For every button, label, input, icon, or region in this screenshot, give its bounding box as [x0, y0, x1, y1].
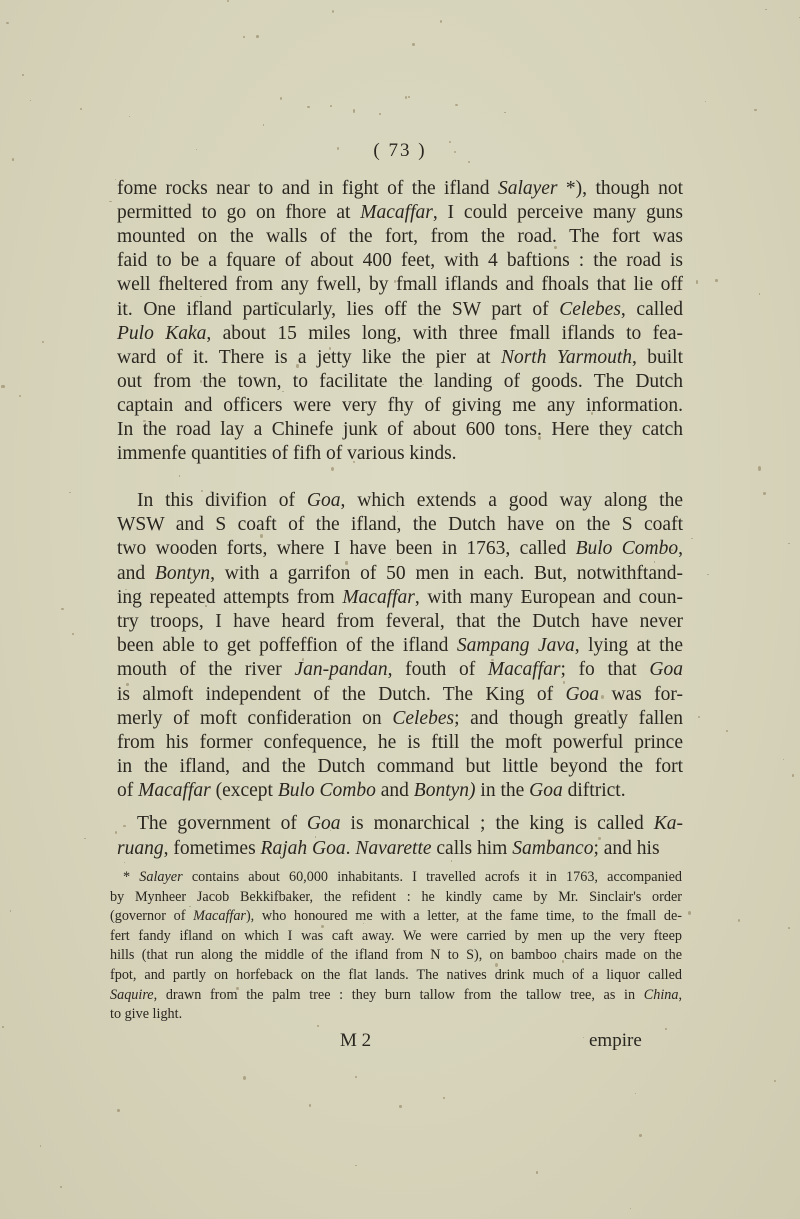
text-line: try troops, I have heard from feveral, t… — [117, 610, 683, 634]
italic-term: Rajah Goa — [261, 838, 346, 859]
text-line: of Macaffar (except Bulo Combo and Bonty… — [117, 779, 683, 803]
signature-mark: M 2 — [340, 1030, 371, 1052]
italic-term: Goa — [307, 813, 341, 834]
text-line: In the road lay a Chinefe junk of about … — [117, 418, 683, 442]
text-line: The government of Goa is monarchical ; t… — [137, 812, 683, 836]
text-line: ing repeated attempts from Macaffar, wit… — [117, 586, 683, 610]
italic-term: Goa — [307, 490, 341, 511]
text-line: ward of it. There is a jetty like the pi… — [117, 346, 683, 370]
italic-term: Navarette — [355, 838, 431, 859]
text-line: out from the town, to facilitate the lan… — [117, 370, 683, 394]
catchword: empire — [589, 1030, 642, 1052]
italic-term: Macaffar — [342, 587, 415, 608]
italic-term: Jan-pandan — [294, 659, 387, 680]
text-line: and Bontyn, with a garrifon of 50 men in… — [117, 562, 683, 586]
footnote-line: fert fandy ifland on which I was caft aw… — [110, 927, 682, 946]
text-line: mouth of the river Jan-pandan, fouth of … — [117, 658, 683, 682]
italic-term: Bulo Combo — [278, 780, 376, 801]
text-line: fome rocks near to and in fight of the i… — [117, 177, 683, 201]
text-line: captain and officers were very fhy of gi… — [117, 394, 683, 418]
footnote-line: (governor of Macaffar), who honoured me … — [110, 907, 682, 926]
text-line: it. One ifland particularly, lies off th… — [117, 298, 683, 322]
text-line: is almoft independent of the Dutch. The … — [117, 683, 683, 707]
text-line: mounted on the walls of the fort, from t… — [117, 225, 683, 249]
italic-term: Celebes — [392, 708, 454, 729]
italic-term: Goa — [649, 659, 683, 680]
page-number: ( 73 ) — [0, 140, 800, 162]
text-line: well fheltered from any fwell, by fmall … — [117, 273, 683, 297]
italic-term: Sambanco — [512, 838, 593, 859]
italic-term: Bulo Combo — [576, 538, 679, 559]
footnote-line: fpot, and partly on horfeback on the fla… — [110, 966, 682, 985]
italic-term: Macaffar — [138, 780, 211, 801]
text-line: merly of moft confideration on Celebes; … — [117, 707, 683, 731]
footnote-line: hills (that run along the middle of the … — [110, 946, 682, 965]
footnote-line: * Salayer contains about 60,000 inhabita… — [123, 868, 682, 887]
text-line: Pulo Kaka, about 15 miles long, with thr… — [117, 322, 683, 346]
italic-term: Pulo Kaka — [117, 323, 206, 344]
italic-term: Bontyn — [155, 563, 210, 584]
italic-term: Macaffar — [488, 659, 561, 680]
text-line: permitted to go on fhore at Macaffar, I … — [117, 201, 683, 225]
text-line: ruang, fometimes Rajah Goa. Navarette ca… — [117, 837, 683, 861]
footnote-line: to give light. — [110, 1005, 682, 1024]
text-line: from his former confequence, he is ftill… — [117, 731, 683, 755]
text-line: In this divifion of Goa, which extends a… — [137, 489, 683, 513]
italic-term: Salayer — [139, 869, 182, 885]
italic-term: Goa — [529, 780, 563, 801]
italic-term: China — [644, 987, 679, 1003]
text-line: WSW and S coaft of the ifland, the Dutch… — [117, 513, 683, 537]
text-line: been able to get poffeffion of the iflan… — [117, 634, 683, 658]
italic-term: Sampang Java — [457, 635, 575, 656]
italic-term: Macaffar — [360, 202, 433, 223]
italic-term: Macaffar — [193, 908, 246, 924]
footnote-line: by Mynheer Jacob Bekkifbaker, the refide… — [110, 888, 682, 907]
italic-term: Salayer — [498, 178, 558, 199]
text-line: in the ifland, and the Dutch command but… — [117, 755, 683, 779]
footnote-line: Saquire, drawn from the palm tree : they… — [110, 986, 682, 1005]
italic-term: North Yarmouth — [501, 347, 632, 368]
text-line: two wooden forts, where I have been in 1… — [117, 537, 683, 561]
text-line: immenfe quantities of fifh of various ki… — [117, 442, 683, 466]
italic-term: Bontyn) — [414, 780, 476, 801]
book-page: ( 73 ) fome rocks near to and in fight o… — [0, 0, 800, 1219]
italic-term: Celebes — [559, 299, 621, 320]
italic-term: Ka- — [654, 813, 683, 834]
italic-term: ruang — [117, 838, 164, 859]
text-line: faid to be a fquare of about 400 feet, w… — [117, 249, 683, 273]
italic-term: Goa — [565, 684, 599, 705]
italic-term: Saquire — [110, 987, 154, 1003]
